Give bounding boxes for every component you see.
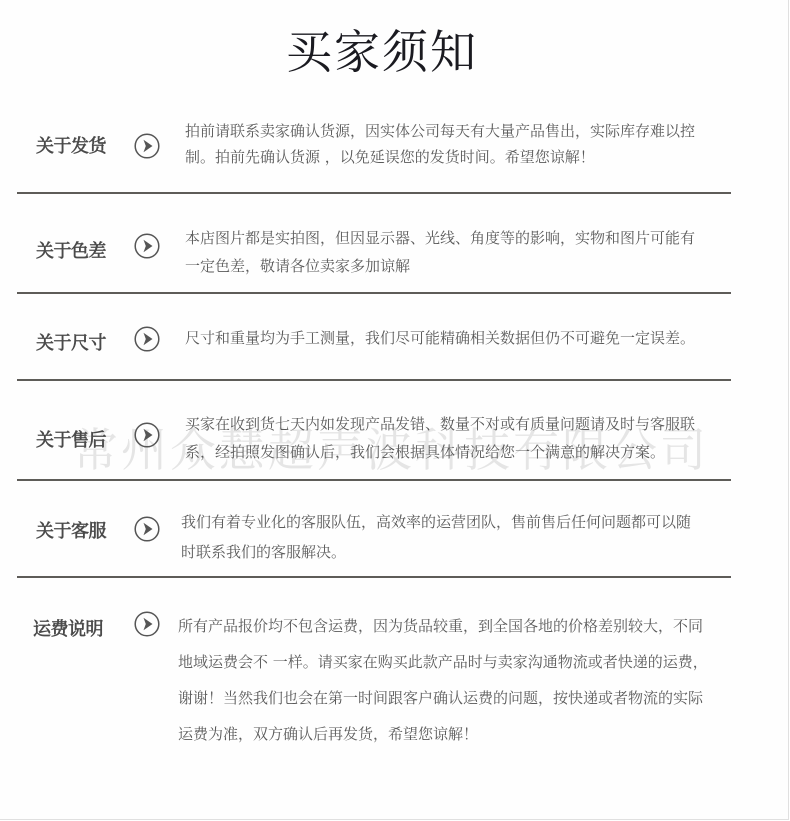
- circle-arrow-right-icon: [134, 516, 160, 542]
- section-divider: [17, 379, 731, 381]
- section-text-shipping-fee: 所有产品报价均不包含运费，因为货品较重，到全国各地的价格差别较大，不同 地域运费…: [178, 608, 708, 752]
- section-label-shipping-fee: 运费说明: [33, 615, 103, 641]
- text-line: 制。拍前先确认货源 ，以免延误您的发货时间。希望您谅解！: [185, 144, 695, 170]
- section-label-shipping: 关于发货: [36, 132, 106, 158]
- section-divider: [17, 292, 731, 294]
- text-line: 一定色差，敬请各位卖家多加谅解: [185, 252, 695, 280]
- text-line: 地域运费会不 一样。请买家在购买此款产品时与卖家沟通物流或者快递的运费，: [178, 644, 708, 680]
- section-label-color-difference: 关于色差: [36, 237, 106, 263]
- circle-arrow-right-icon: [134, 611, 160, 637]
- text-line: 本店图片都是实拍图，但因显示器、光线、角度等的影响，实物和图片可能有: [185, 224, 695, 252]
- text-line: 拍前请联系卖家确认货源，因实体公司每天有大量产品售出，实际库存难以控: [185, 118, 695, 144]
- section-divider: [17, 576, 731, 578]
- text-line: 买家在收到货七天内如发现产品发错、数量不对或有质量问题请及时与客服联: [185, 410, 695, 438]
- section-label-customer-service: 关于客服: [36, 517, 106, 543]
- section-label-after-sales: 关于售后: [36, 426, 106, 452]
- text-line: 系，经拍照发图确认后，我们会根据具体情况给您一个满意的解决方案。: [185, 438, 695, 466]
- buyer-notice-page: 买家须知 关于发货 拍前请联系卖家确认货源，因实体公司每天有大量产品售出，实际库…: [0, 0, 789, 820]
- circle-arrow-right-icon: [134, 233, 160, 259]
- text-line: 我们有着专业化的客服队伍，高效率的运营团队，售前售后任何问题都可以随: [181, 507, 691, 537]
- text-line: 所有产品报价均不包含运费，因为货品较重，到全国各地的价格差别较大，不同: [178, 608, 708, 644]
- section-text-shipping: 拍前请联系卖家确认货源，因实体公司每天有大量产品售出，实际库存难以控 制。拍前先…: [185, 118, 695, 170]
- page-title: 买家须知: [0, 22, 764, 82]
- circle-arrow-right-icon: [134, 133, 160, 159]
- section-text-after-sales: 买家在收到货七天内如发现产品发错、数量不对或有质量问题请及时与客服联 系，经拍照…: [185, 410, 695, 466]
- section-divider: [17, 192, 731, 194]
- circle-arrow-right-icon: [134, 326, 160, 352]
- section-label-size: 关于尺寸: [36, 329, 106, 355]
- section-text-size: 尺寸和重量均为手工测量，我们尽可能精确相关数据但仍不可避免一定误差。: [185, 325, 695, 351]
- text-line: 尺寸和重量均为手工测量，我们尽可能精确相关数据但仍不可避免一定误差。: [185, 325, 695, 351]
- text-line: 时联系我们的客服解决。: [181, 537, 691, 567]
- section-divider: [17, 479, 731, 481]
- section-text-color-difference: 本店图片都是实拍图，但因显示器、光线、角度等的影响，实物和图片可能有 一定色差，…: [185, 224, 695, 280]
- text-line: 谢谢！当然我们也会在第一时间跟客户确认运费的问题，按快递或者物流的实际: [178, 680, 708, 716]
- text-line: 运费为准，双方确认后再发货，希望您谅解！: [178, 716, 708, 752]
- circle-arrow-right-icon: [134, 422, 160, 448]
- section-text-customer-service: 我们有着专业化的客服队伍，高效率的运营团队，售前售后任何问题都可以随 时联系我们…: [181, 507, 691, 567]
